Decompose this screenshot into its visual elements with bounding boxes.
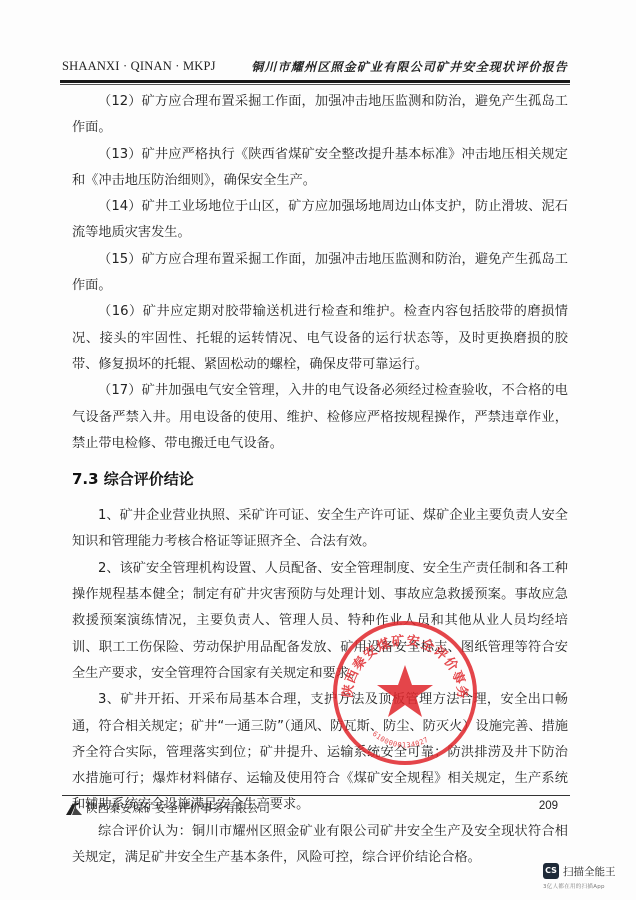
conclusion-paragraph-2: 2、该矿安全管理机构设置、人员配备、安全管理制度、安全生产责任制和各工种操作规程… [72, 556, 568, 687]
watermark-subtitle: 3亿人都在用的扫描App [543, 882, 605, 890]
header-left-text: SHAANXI · QINAN · MKPJ [62, 59, 216, 74]
paragraph-item-17: （17）矿井加强电气安全管理，入井的电气设备必须经过检查验收，不合格的电气设备严… [72, 378, 568, 457]
paragraph-item-15: （15）矿方应合理布置采掘工作面，加强冲击地压监测和防治，避免产生孤岛工作面。 [72, 247, 568, 300]
header-divider [60, 80, 570, 83]
paragraph-item-14: （14）矿井工业场地位于山区，矿方应加强场地周边山体支护，防止滑坡、泥石流等地质… [72, 194, 568, 247]
conclusion-paragraph-1: 1、矿井企业营业执照、采矿许可证、安全生产许可证、煤矿企业主要负责人安全知识和管… [72, 503, 568, 556]
footer-company-name: 陕西秦安煤矿安全评价事务有限公司 [86, 800, 270, 816]
section-heading: 7.3 综合评价结论 [72, 467, 568, 491]
page-header: SHAANXI · QINAN · MKPJ 铜川市耀州区照金矿业有限公司矿井安… [62, 55, 568, 77]
paragraph-item-13: （13）矿井应严格执行《陕西省煤矿安全整改提升基本标准》冲击地压相关规定和《冲击… [72, 142, 568, 195]
footer-divider [62, 795, 570, 796]
header-divider-thin [60, 84, 570, 85]
conclusion-summary: 综合评价认为：铜川市耀州区照金矿业有限公司矿井安全生产及安全现状符合相关规定，满… [72, 819, 568, 872]
page-number: 209 [539, 800, 558, 812]
page-footer: 陕西秦安煤矿安全评价事务有限公司 209 [62, 799, 570, 819]
company-logo-icon [66, 801, 82, 815]
header-report-title: 铜川市耀州区照金矿业有限公司矿井安全现状评价报告 [251, 58, 568, 75]
camscanner-watermark: CS 扫描全能王 3亿人都在用的扫描App [543, 863, 629, 893]
paragraph-item-16: （16）矿井应定期对胶带输送机进行检查和维护。检查内容包括胶带的磨损情况、接头的… [72, 299, 568, 378]
page-body: （12）矿方应合理布置采掘工作面，加强冲击地压监测和防治，避免产生孤岛工作面。 … [72, 89, 568, 871]
camscanner-logo-icon: CS [543, 863, 559, 879]
document-page: SHAANXI · QINAN · MKPJ 铜川市耀州区照金矿业有限公司矿井安… [0, 0, 636, 900]
watermark-app-name: 扫描全能王 [563, 864, 616, 879]
paragraph-item-12: （12）矿方应合理布置采掘工作面，加强冲击地压监测和防治，避免产生孤岛工作面。 [72, 89, 568, 142]
